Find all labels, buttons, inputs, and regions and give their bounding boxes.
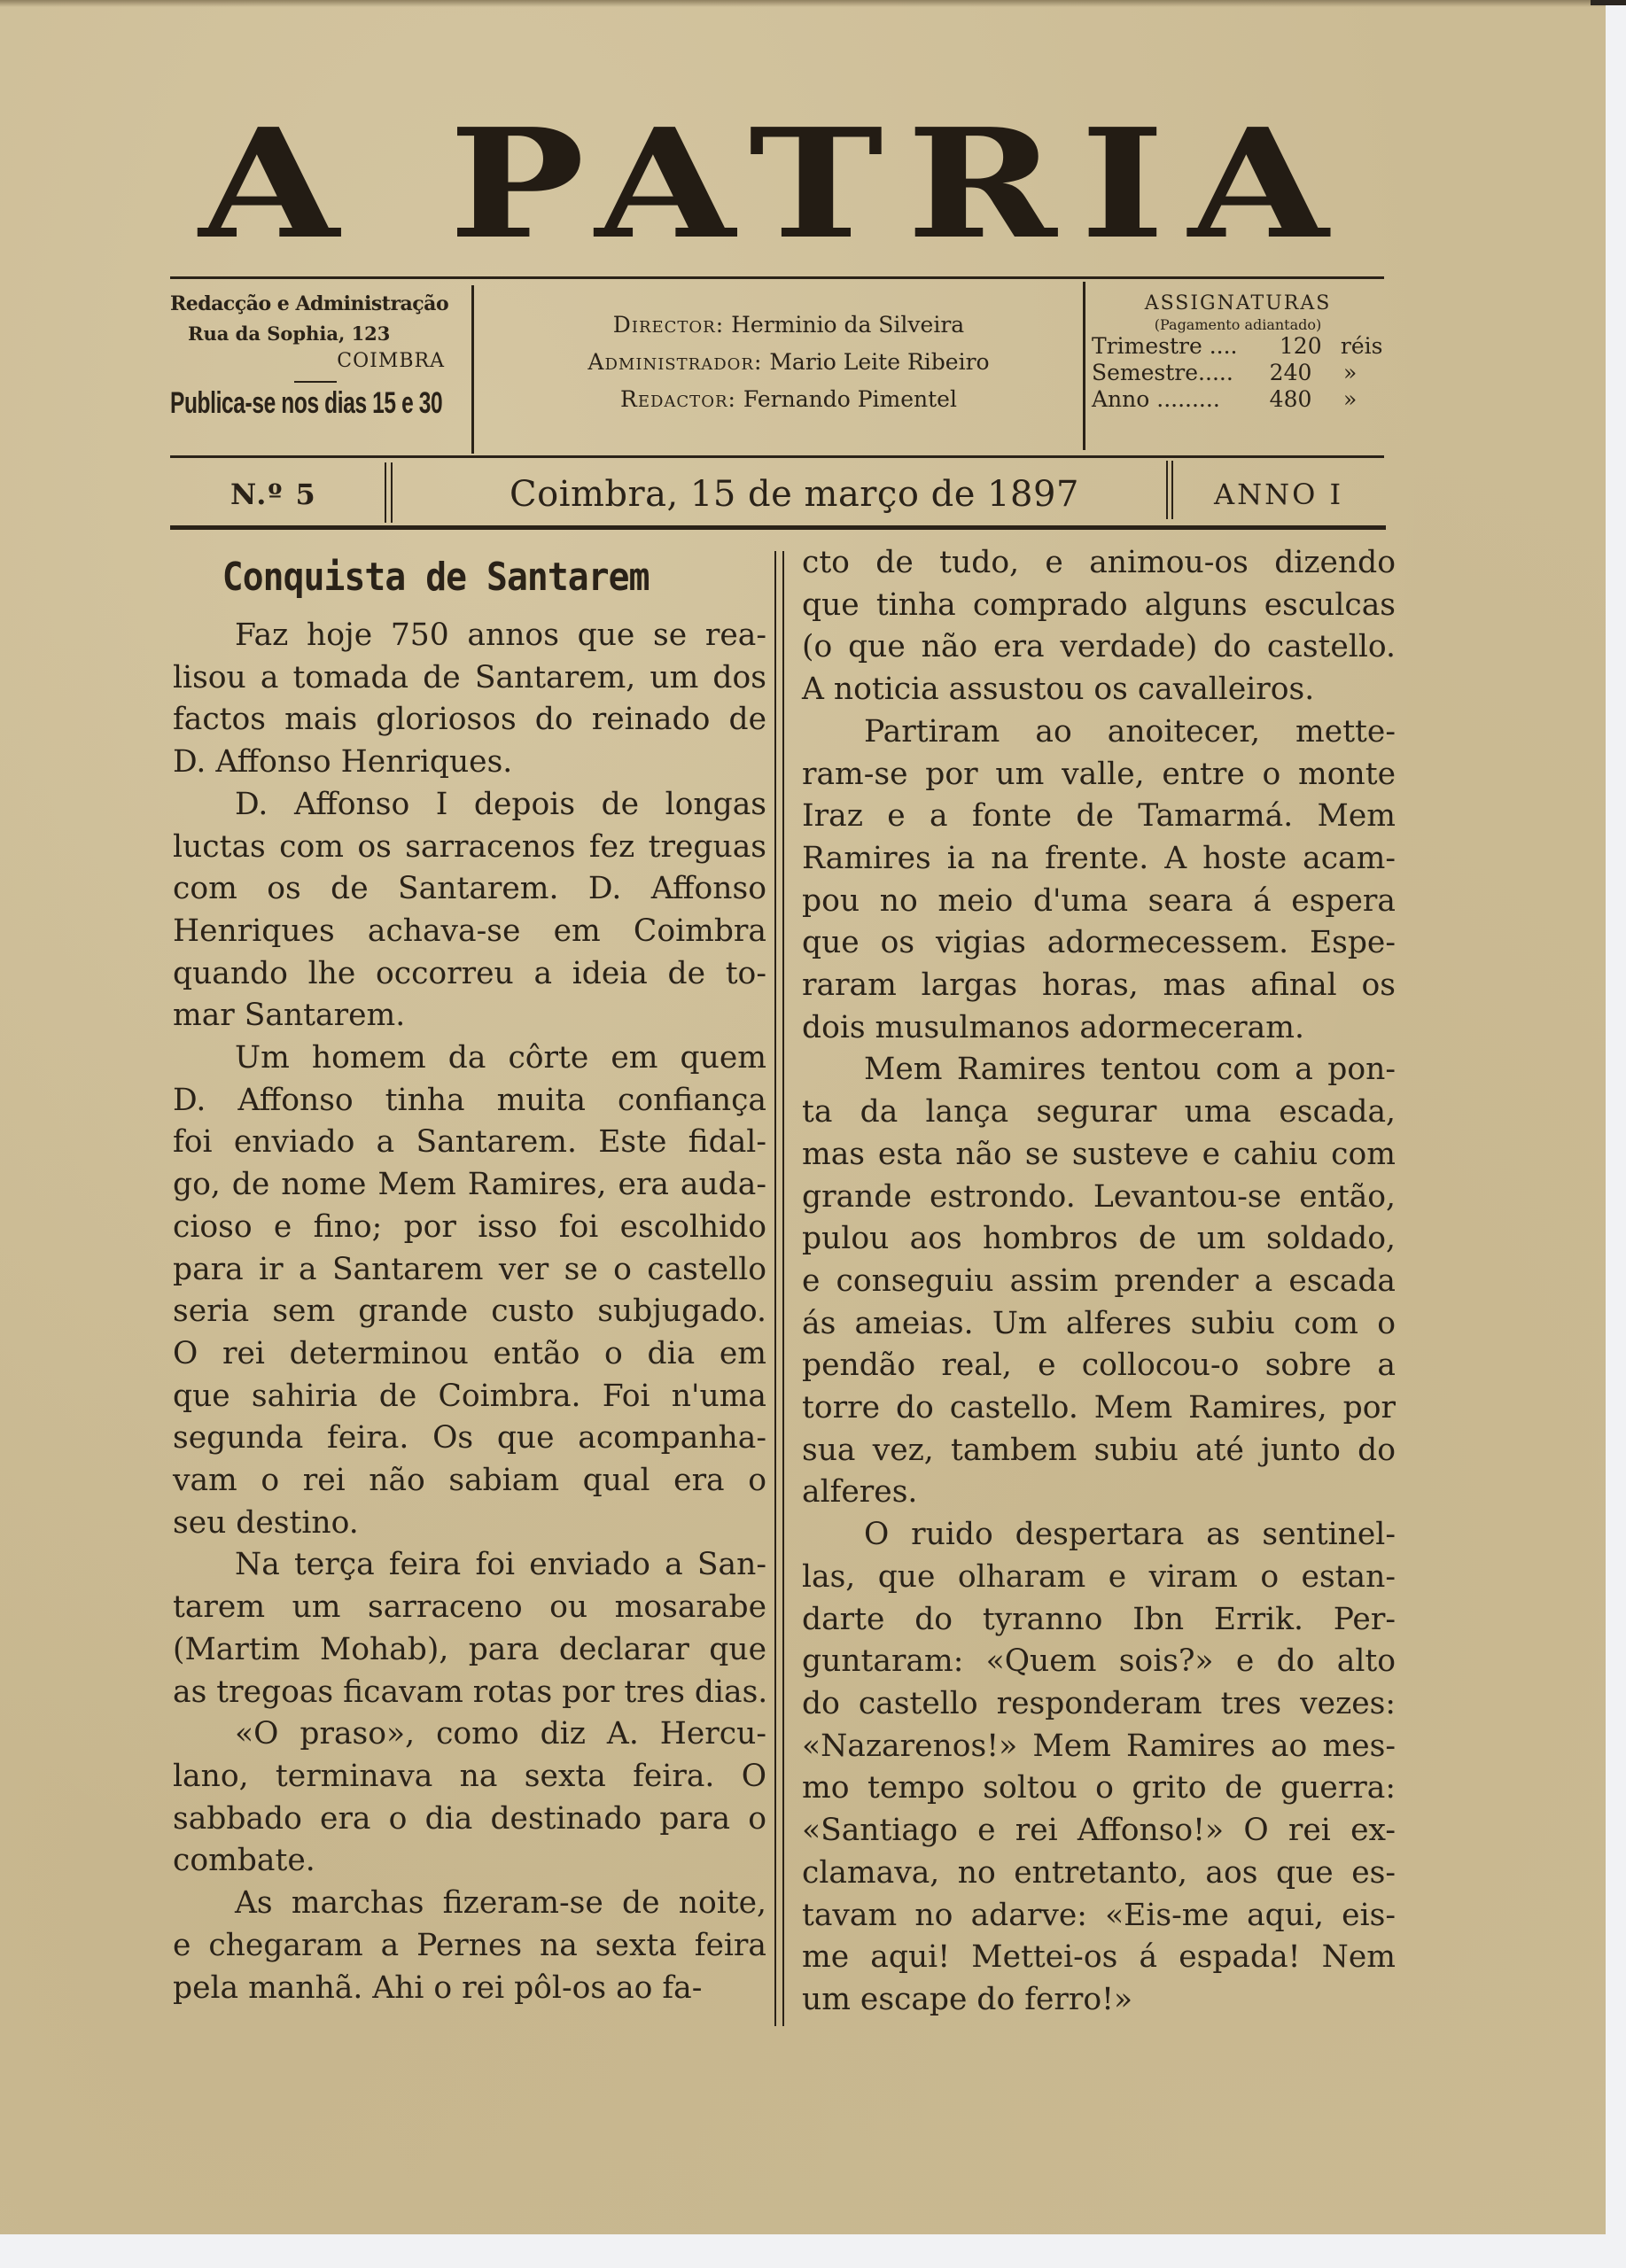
strip-divider-2 <box>1166 461 1168 519</box>
text-line: mar Santarem. <box>173 995 766 1037</box>
text-line: Ramires ia na frente. A hoste acam- <box>802 838 1396 881</box>
article-paragraph: Um homem da côrte em quemD. Affonso tinh… <box>173 1037 766 1544</box>
text-line: pendão real, e collocou-o sobre a <box>802 1345 1396 1387</box>
text-line: go, de nome Mem Ramires, era auda- <box>173 1164 766 1207</box>
text-line: D. Affonso tinha muita confiança <box>173 1080 766 1122</box>
article-paragraph: Mem Ramires tentou com a pon-ta da lança… <box>802 1049 1396 1514</box>
article-paragraph: cto de tudo, e animou-os dizendoque tinh… <box>802 542 1396 711</box>
staff-administrator: Administrador: Mario Leite Ribeiro <box>496 344 1081 381</box>
subscriptions-note: (Pagamento adiantado) <box>1083 316 1393 333</box>
text-line: mo tempo soltou o grito de guerra: <box>802 1767 1396 1810</box>
article-paragraph: Faz hoje 750 annos que se rea-lisou a to… <box>173 615 766 784</box>
text-line: quando lhe occorreu a ideia de to- <box>173 953 766 996</box>
text-line: combate. <box>173 1840 766 1883</box>
right-body: cto de tudo, e animou-os dizendoque tinh… <box>802 542 1396 2022</box>
column-rule <box>774 551 776 2026</box>
left-body: Faz hoje 750 annos que se rea-lisou a to… <box>173 615 766 2009</box>
article-headline: Conquista de Santarem <box>173 540 707 615</box>
text-line: Um homem da côrte em quem <box>173 1037 766 1080</box>
text-line: foi enviado a Santarem. Este fidal- <box>173 1122 766 1164</box>
text-line: Na terça feira foi enviado a San- <box>173 1544 766 1587</box>
scan-corner <box>1591 0 1626 5</box>
text-line: que sahiria de Coimbra. Foi n'uma <box>173 1376 766 1418</box>
text-line: D. Affonso Henriques. <box>173 742 766 784</box>
text-line: cioso e fino; por isso foi escolhido <box>173 1207 766 1249</box>
text-line: tarem um sarraceno ou mosarabe <box>173 1587 766 1629</box>
text-line: um escape do ferro!» <box>802 1979 1396 2022</box>
text-line: (o que não era verdade) do castello. <box>802 626 1396 669</box>
info-divider-left <box>471 285 474 454</box>
rate-row: Semestre..... 240 » <box>1092 360 1393 386</box>
strip-divider-1 <box>385 462 386 523</box>
subscriptions-title: ASSIGNATURAS <box>1083 292 1393 315</box>
text-line: lano, terminava na sexta feira. O <box>173 1756 766 1798</box>
text-line: (Martim Mohab), para declarar que <box>173 1629 766 1672</box>
text-line: O ruido despertara as sentinel- <box>802 1514 1396 1557</box>
issue-dateline: Coimbra, 15 de março de 1897 <box>510 462 1079 526</box>
text-line: O rei determinou então o dia em <box>173 1333 766 1376</box>
info-bottom-rule <box>170 455 1384 458</box>
text-line: torre do castello. Mem Ramires, por <box>802 1387 1396 1430</box>
info-top-rule <box>170 276 1384 279</box>
text-line: pulou aos hombros de um soldado, <box>802 1218 1396 1261</box>
text-line: luctas com os sarracenos fez treguas <box>173 827 766 869</box>
rate-row: Trimestre .... 120 réis <box>1092 333 1393 360</box>
text-line: sabbado era o dia destinado para o <box>173 1798 766 1841</box>
text-line: e chegaram a Pernes na sexta feira <box>173 1925 766 1968</box>
page-top-shadow <box>0 0 1606 7</box>
staff-editor: Redactor: Fernando Pimentel <box>496 381 1081 418</box>
text-line: sua vez, tambem subiu até junto do <box>802 1430 1396 1472</box>
office-info: Redacção e Administração Rua da Sophia, … <box>170 292 471 421</box>
text-line: raram largas horas, mas afinal os <box>802 965 1396 1007</box>
text-line: «Nazarenos!» Mem Ramires ao mes- <box>802 1726 1396 1768</box>
strip-divider-2b <box>1171 461 1173 519</box>
text-line: do castello responderam tres vezes: <box>802 1683 1396 1726</box>
text-line: pou no meio d'uma seara á espera <box>802 881 1396 923</box>
text-line: D. Affonso I depois de longas <box>173 784 766 827</box>
text-line: clamava, no entretanto, aos que es- <box>802 1852 1396 1895</box>
article-column-left: Conquista de Santarem Faz hoje 750 annos… <box>173 540 766 2009</box>
text-line: dois musulmanos adormeceram. <box>802 1007 1396 1050</box>
text-line: vam o rei não sabiam qual era o <box>173 1460 766 1503</box>
text-line: alferes. <box>802 1472 1396 1514</box>
office-dash <box>294 381 337 383</box>
masthead-title: A PATRIA <box>164 113 1387 255</box>
article-paragraph: Partiram ao anoitecer, mette-ram-se por … <box>802 711 1396 1050</box>
text-line: grande estrondo. Levantou-se então, <box>802 1177 1396 1219</box>
text-line: para ir a Santarem ver se o castello <box>173 1249 766 1292</box>
text-line: tavam no adarve: «Eis-me aqui, eis- <box>802 1895 1396 1938</box>
subscription-rates: ASSIGNATURAS (Pagamento adiantado) Trime… <box>1092 292 1393 413</box>
text-line: Partiram ao anoitecer, mette- <box>802 711 1396 754</box>
article-paragraph: «O praso», como diz A. Hercu-lano, termi… <box>173 1713 766 1883</box>
text-line: darte do tyranno Ibn Errik. Per- <box>802 1599 1396 1642</box>
issue-number: N.º 5 <box>230 462 317 526</box>
article-paragraph: As marchas fizeram-se de noite,e chegara… <box>173 1883 766 2009</box>
office-label: Redacção e Administração <box>170 292 471 315</box>
text-line: que os vigias adormecessem. Espe- <box>802 922 1396 965</box>
issue-year: ANNO I <box>1214 462 1343 526</box>
text-line: me aqui! Mettei-os á espada! Nem <box>802 1937 1396 1979</box>
text-line: guntaram: «Quem sois?» e do alto <box>802 1641 1396 1683</box>
text-line: ram-se por um valle, entre o monte <box>802 754 1396 796</box>
article-paragraph: Na terça feira foi enviado a San-tarem u… <box>173 1544 766 1713</box>
office-address: Rua da Sophia, 123 <box>170 322 471 345</box>
text-line: las, que olharam e viram o estan- <box>802 1557 1396 1599</box>
text-line: cto de tudo, e animou-os dizendo <box>802 542 1396 585</box>
text-line: «O praso», como diz A. Hercu- <box>173 1713 766 1756</box>
text-line: seu destino. <box>173 1503 766 1545</box>
text-line: Henriques achava-se em Coimbra <box>173 911 766 953</box>
rate-row: Anno ......... 480 » <box>1092 386 1393 413</box>
text-line: as tregoas ficavam rotas por tres dias. <box>173 1672 766 1714</box>
strip-divider-1b <box>391 462 393 523</box>
text-line: e conseguiu assim prender a escada <box>802 1261 1396 1303</box>
strip-bottom-rule <box>170 525 1386 530</box>
text-line: com os de Santarem. D. Affonso <box>173 868 766 911</box>
staff-list: Director: Herminio da Silveira Administr… <box>496 307 1081 418</box>
text-line: «Santiago e rei Affonso!» O rei ex- <box>802 1810 1396 1852</box>
text-line: Iraz e a fonte de Tamarmá. Mem <box>802 796 1396 838</box>
office-city: COIMBRA <box>170 350 471 372</box>
text-line: Faz hoje 750 annos que se rea- <box>173 615 766 657</box>
text-line: Mem Ramires tentou com a pon- <box>802 1049 1396 1091</box>
staff-director: Director: Herminio da Silveira <box>496 307 1081 344</box>
text-line: ás ameias. Um alferes subiu com o <box>802 1303 1396 1346</box>
article-paragraph: O ruido despertara as sentinel-las, que … <box>802 1514 1396 2021</box>
article-paragraph: D. Affonso I depois de longasluctas com … <box>173 784 766 1037</box>
article-column-right: cto de tudo, e animou-os dizendoque tinh… <box>802 542 1396 2022</box>
text-line: As marchas fizeram-se de noite, <box>173 1883 766 1925</box>
text-line: mas esta não se susteve e cahiu com <box>802 1134 1396 1177</box>
text-line: factos mais gloriosos do reinado de <box>173 699 766 742</box>
text-line: pela manhã. Ahi o rei pôl-os ao fa- <box>173 1968 766 2010</box>
publication-schedule: Publica-se nos dias 15 e 30 <box>170 386 387 421</box>
text-line: seria sem grande custo subjugado. <box>173 1291 766 1333</box>
text-line: segunda feira. Os que acompanha- <box>173 1417 766 1460</box>
text-line: lisou a tomada de Santarem, um dos <box>173 657 766 700</box>
text-line: que tinha comprado alguns esculcas <box>802 585 1396 627</box>
column-rule-inner <box>782 551 784 2026</box>
text-line: ta da lança segurar uma escada, <box>802 1091 1396 1134</box>
text-line: A noticia assustou os cavalleiros. <box>802 669 1396 711</box>
